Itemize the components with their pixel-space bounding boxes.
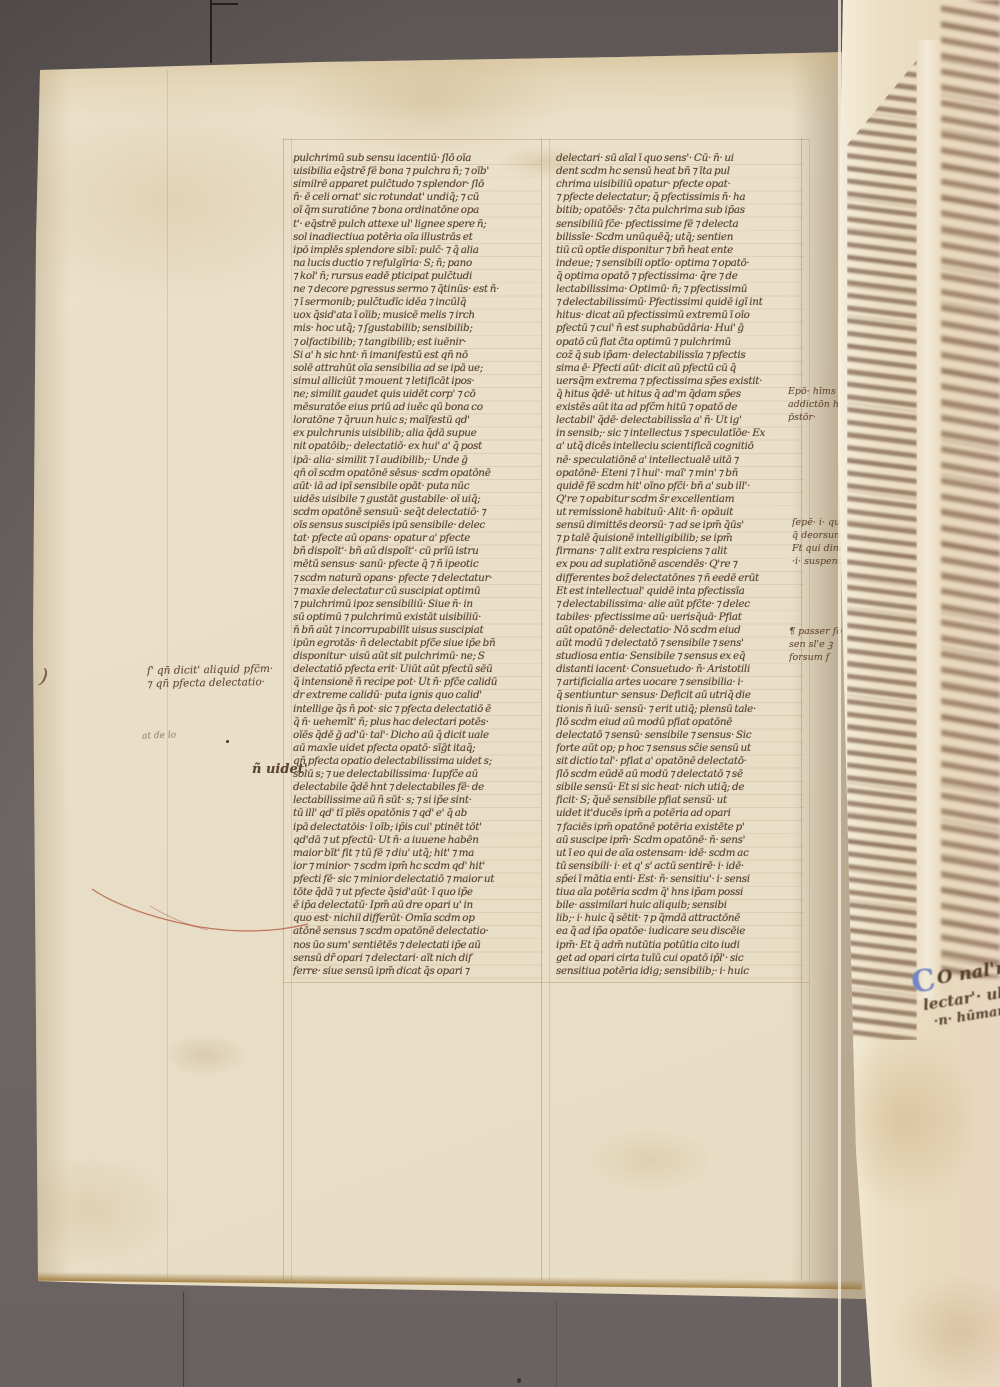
right-page-edge-highlight	[838, 0, 841, 1387]
text-column-2: delectari· sū aīal ī quo sens'· Cū· n̄· …	[556, 152, 804, 980]
ink-dot	[226, 740, 229, 743]
column1-left-ruling-inner	[291, 138, 292, 1280]
column2-right-ruling-inner	[809, 138, 810, 1280]
photo-backdrop: pulchrimū sub sensu iacentiū· ſlō oīauis…	[0, 0, 1000, 1387]
page-bottom-edge-stain	[38, 1272, 862, 1290]
right-page-intercolumn-gap	[915, 40, 943, 1000]
margin-bracket-mark: )	[38, 664, 49, 689]
bookmark-thread-icon	[210, 3, 238, 5]
top-ruling-line	[283, 139, 809, 140]
left-margin-nota-word: ñ uidet'	[252, 762, 308, 777]
right-margin-note-c: ¶ passer fosen sl'e ꝫforsum f	[789, 626, 842, 665]
column1-left-ruling	[283, 138, 284, 1280]
intercolumn-ruling-right	[549, 138, 550, 1280]
blue-paraph-icon: C	[910, 967, 938, 996]
right-page-text-column-b	[941, 0, 1000, 978]
left-margin-faint-scribble: at de lo	[142, 730, 176, 741]
text-column-1: pulchrimū sub sensu iacentiū· ſlō oīauis…	[293, 152, 542, 980]
right-page-text-column-a	[847, 60, 917, 1040]
right-page-incipit: C O nal'r lectar'· ull' ·n· hūman	[910, 954, 1000, 1034]
backdrop-speck	[517, 1378, 521, 1383]
left-margin-note: ſ' qn̄ dicit' aliquid pfc̄m·⁊ qn̄ pfecta…	[147, 663, 274, 691]
backdrop-fold-line-faint	[556, 1300, 557, 1387]
backdrop-fold-line	[183, 1292, 184, 1387]
bottom-text-ruling-line	[283, 982, 809, 983]
bookmark-thread-icon	[210, 0, 212, 63]
